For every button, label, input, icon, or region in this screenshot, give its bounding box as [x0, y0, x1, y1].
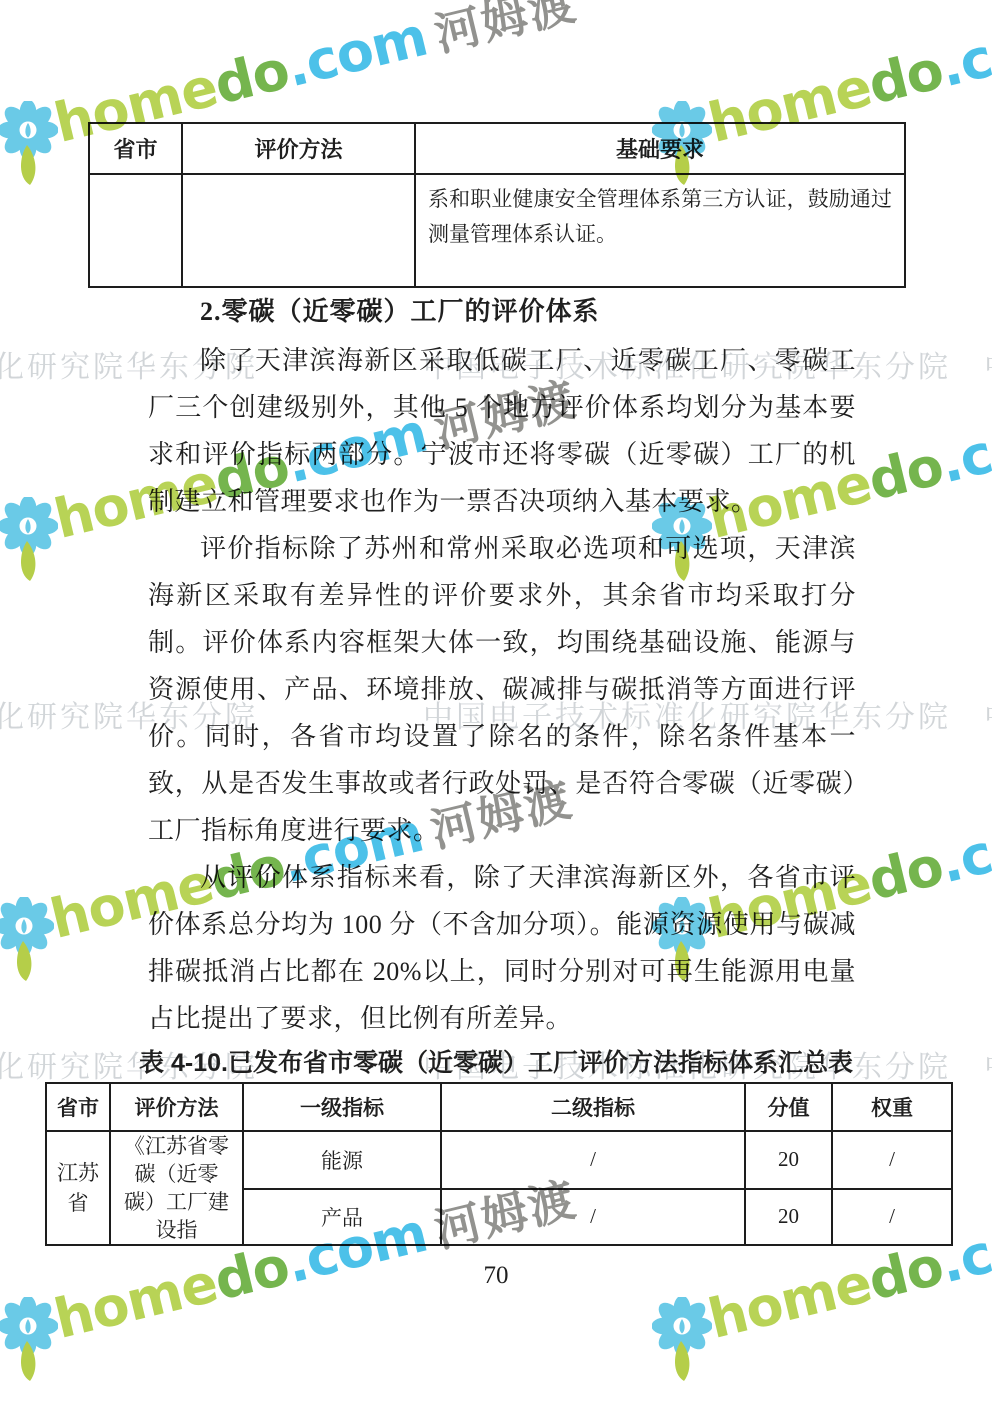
table-row: 系和职业健康安全管理体系第三方认证，鼓励通过测量管理体系认证。	[89, 174, 905, 287]
cell-province-empty	[89, 174, 182, 287]
cell-requirement: 系和职业健康安全管理体系第三方认证，鼓励通过测量管理体系认证。	[415, 174, 905, 287]
header-method: 评价方法	[110, 1083, 243, 1131]
cell-weight: /	[832, 1131, 952, 1189]
section-heading: 2.零碳（近零碳）工厂的评价体系	[200, 291, 600, 328]
cell-indicator2: /	[441, 1131, 745, 1189]
paragraph: 从评价体系指标来看，除了天津滨海新区外，各省市评价体系总分均为 100 分（不含…	[148, 854, 856, 1042]
cell-weight: /	[832, 1189, 952, 1246]
table-caption: 表 4-10.已发布省市零碳（近零碳）工厂评价方法指标体系汇总表	[0, 1043, 992, 1079]
page-number: 70	[0, 1262, 992, 1290]
header-province: 省市	[89, 123, 182, 174]
cell-method-empty	[182, 174, 415, 287]
evaluation-basis-table: 省市 评价方法 基础要求 系和职业健康安全管理体系第三方认证，鼓励通过测量管理体…	[88, 122, 906, 288]
header-level1-indicator: 一级指标	[243, 1083, 441, 1131]
indicator-summary-table: 省市 评价方法 一级指标 二级指标 分值 权重 江苏省 《江苏省零碳（近零碳）工…	[45, 1082, 953, 1246]
header-basic-requirement: 基础要求	[415, 123, 905, 174]
page-content: 省市 评价方法 基础要求 系和职业健康安全管理体系第三方认证，鼓励通过测量管理体…	[0, 0, 992, 1403]
cell-province: 江苏省	[46, 1131, 110, 1245]
header-method: 评价方法	[182, 123, 415, 174]
table-header-row: 省市 评价方法 基础要求	[89, 123, 905, 174]
header-level2-indicator: 二级指标	[441, 1083, 745, 1131]
paragraph: 评价指标除了苏州和常州采取必选项和可选项，天津滨海新区采取有差异性的评价要求外，…	[148, 525, 856, 854]
header-province: 省市	[46, 1083, 110, 1131]
cell-indicator2: /	[441, 1189, 745, 1246]
body-text: 除了天津滨海新区采取低碳工厂、近零碳工厂、零碳工厂三个创建级别外，其他 5 个地…	[148, 337, 856, 1042]
paragraph: 除了天津滨海新区采取低碳工厂、近零碳工厂、零碳工厂三个创建级别外，其他 5 个地…	[148, 337, 856, 525]
header-weight: 权重	[832, 1083, 952, 1131]
cell-method: 《江苏省零碳（近零碳）工厂建设指	[110, 1131, 243, 1245]
table-header-row: 省市 评价方法 一级指标 二级指标 分值 权重	[46, 1083, 952, 1131]
table-row: 江苏省 《江苏省零碳（近零碳）工厂建设指 能源 / 20 /	[46, 1131, 952, 1189]
header-score: 分值	[745, 1083, 832, 1131]
cell-score: 20	[745, 1189, 832, 1246]
cell-score: 20	[745, 1131, 832, 1189]
cell-indicator1: 产品	[243, 1189, 441, 1246]
cell-indicator1: 能源	[243, 1131, 441, 1189]
document-page: 化研究院华东分院 中国电子技术标准化研究院华东分院 中国电子技术标准化研 化研究…	[0, 0, 992, 1403]
